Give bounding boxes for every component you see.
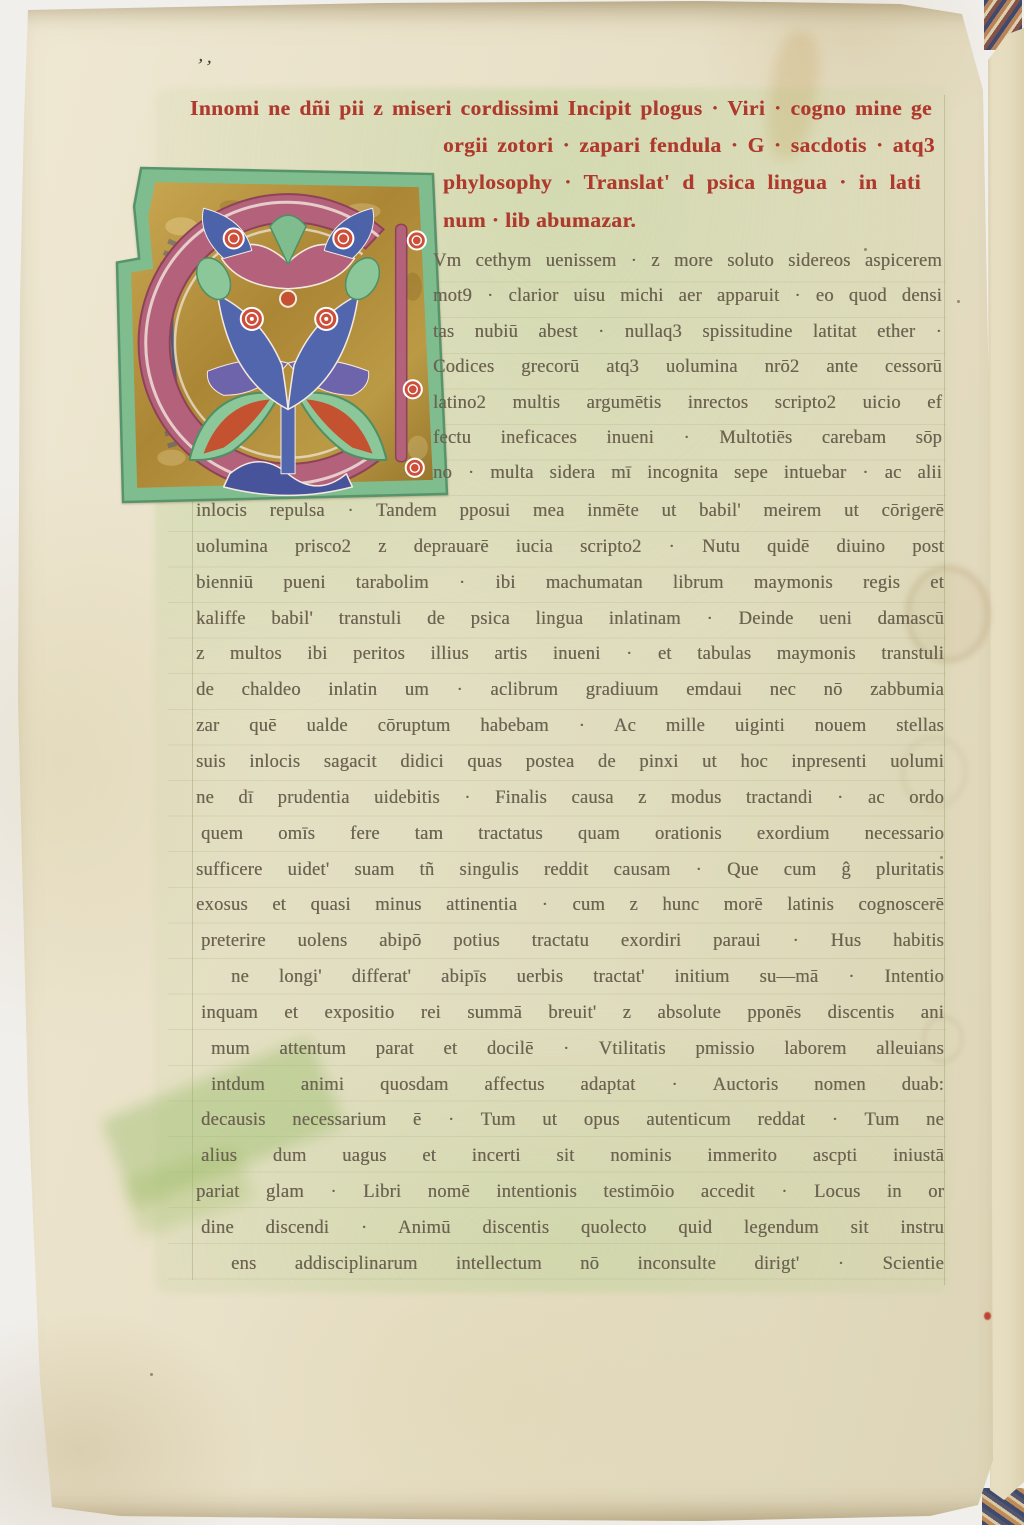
rubric-line: Innomi ne dñi pii z miseri cordissimi In… (190, 96, 932, 126)
ink-speck (957, 300, 960, 303)
text-line: ne longi' differat' abipīs uerbis tracta… (231, 966, 944, 996)
text-line: mum attentum parat et docilē · Vtilitati… (211, 1038, 944, 1068)
text-line: suis inlocis sagacit didici quas postea … (196, 751, 944, 781)
text-line: Vm cethym uenissem · z more soluto sider… (433, 250, 942, 280)
text-line: inlocis repulsa · Tandem pposui mea inmē… (196, 500, 944, 530)
text-line: quem omīs fere tam tractatus quam oratio… (201, 823, 944, 853)
text-line: ens addisciplinarum intellectum nō incon… (231, 1253, 944, 1283)
text-line: mot9 · clarior uisu michi aer apparuit ·… (433, 285, 942, 315)
rubric-line: phylosophy · Translat' d psica lingua · … (443, 170, 921, 200)
text-line: z multos ibi peritos illius artis inueni… (196, 643, 944, 673)
text-line: tas nubiū abest · nullaq3 spissitudine l… (433, 321, 942, 351)
text-line: sufficere uidet' suam tñ singulis reddit… (196, 859, 944, 889)
text-line: latino2 multis argumētis inrectos script… (433, 392, 942, 422)
text-line: kaliffe babil' transtuli de psica lingua… (196, 608, 944, 638)
text-line: dine discendi · Animū discentis quolecto… (201, 1217, 944, 1247)
text-line: uolumina prisco2 z deprauarē iucia scrip… (196, 536, 944, 566)
text-line: no · multa sidera mī incognita sepe intu… (433, 462, 942, 492)
text-line: pariat glam · Libri nomē intentionis tes… (196, 1181, 944, 1211)
text-line: fectu ineficaces inueni · Multotiēs care… (433, 427, 942, 457)
rubric-line: orgii zotori · zapari fendula · G · sacd… (443, 133, 935, 163)
rubric-line: num · lib abumazar. (443, 208, 708, 238)
text-line: intdum animi quosdam affectus adaptat · … (211, 1074, 944, 1104)
manuscript-photo: { "document": { "kind": "illuminated man… (0, 0, 1024, 1525)
initial-artwork (110, 166, 454, 508)
text-line: zar quē ualde cōruptum habebam · Ac mill… (196, 715, 944, 745)
text-line: decausis necessarium ē · Tum ut opus aut… (201, 1109, 944, 1139)
ink-speck (150, 1373, 153, 1376)
text-line: preterire uolens abipō potius tractatu e… (201, 930, 944, 960)
text-line: Codices grecorū atq3 uolumina nrō2 ante … (433, 356, 942, 386)
text-line: ne dī prudentia uidebitis · Finalis caus… (196, 787, 944, 817)
text-line: bienniū pueni tarabolim · ibi machumatan… (196, 572, 944, 602)
illuminated-initial-C: C (110, 166, 454, 508)
text-line: alius dum uagus et incerti sit nominis i… (201, 1145, 944, 1175)
text-line: exosus et quasi minus attinentia · cum z… (196, 894, 944, 924)
text-line: inquam et expositio rei summā breuit' z … (201, 1002, 944, 1032)
text-line: de chaldeo inlatin um · aclibrum gradiuu… (196, 679, 944, 709)
